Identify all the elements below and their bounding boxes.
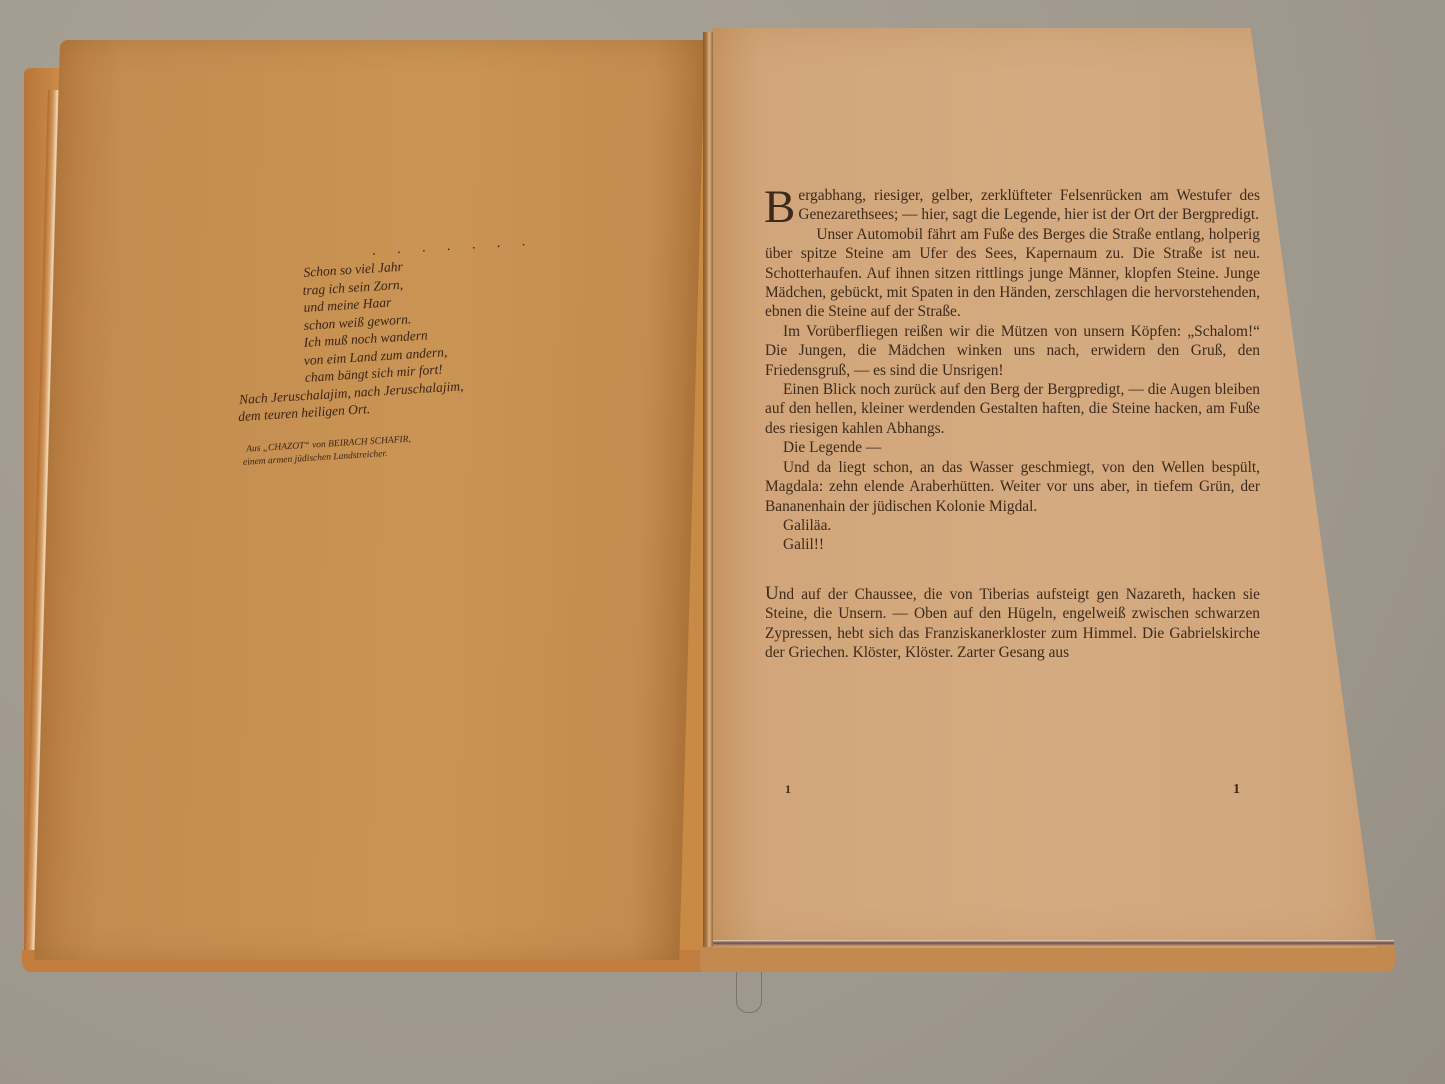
signature-mark: 1 [785, 782, 791, 797]
drop-cap: B [764, 188, 795, 226]
book-cover-bottom-right [700, 946, 1395, 972]
chapter-text: Bergabhang, riesiger, gelber, zerklüftet… [765, 186, 1260, 662]
paragraph: Und da liegt schon, an das Wasser geschm… [765, 458, 1260, 516]
book-gutter [703, 32, 713, 947]
right-page-bottom-edge [712, 940, 1394, 946]
section-initial: U [765, 583, 779, 604]
paragraph: Galil!! [765, 535, 1260, 554]
paragraph: Die Legende — [765, 438, 1260, 457]
section-break [765, 555, 1260, 584]
paragraph: Im Vorüberfliegen reißen wir die Mützen … [765, 322, 1260, 380]
epigraph: . . . . . . . Schon so viel Jahr trag ic… [300, 230, 603, 465]
paragraph: Und auf der Chaussee, die von Tiberias a… [765, 584, 1260, 663]
loose-thread [736, 972, 762, 1013]
paragraph: Bergabhang, riesiger, gelber, zerklüftet… [765, 186, 1260, 225]
paragraph: Galiläa. [765, 516, 1260, 535]
paragraph: Unser Automobil fährt am Fuße des Berges… [765, 225, 1260, 322]
page-number: 1 [1233, 782, 1240, 798]
left-page [34, 40, 705, 960]
paragraph: Einen Blick noch zurück auf den Berg der… [765, 380, 1260, 438]
